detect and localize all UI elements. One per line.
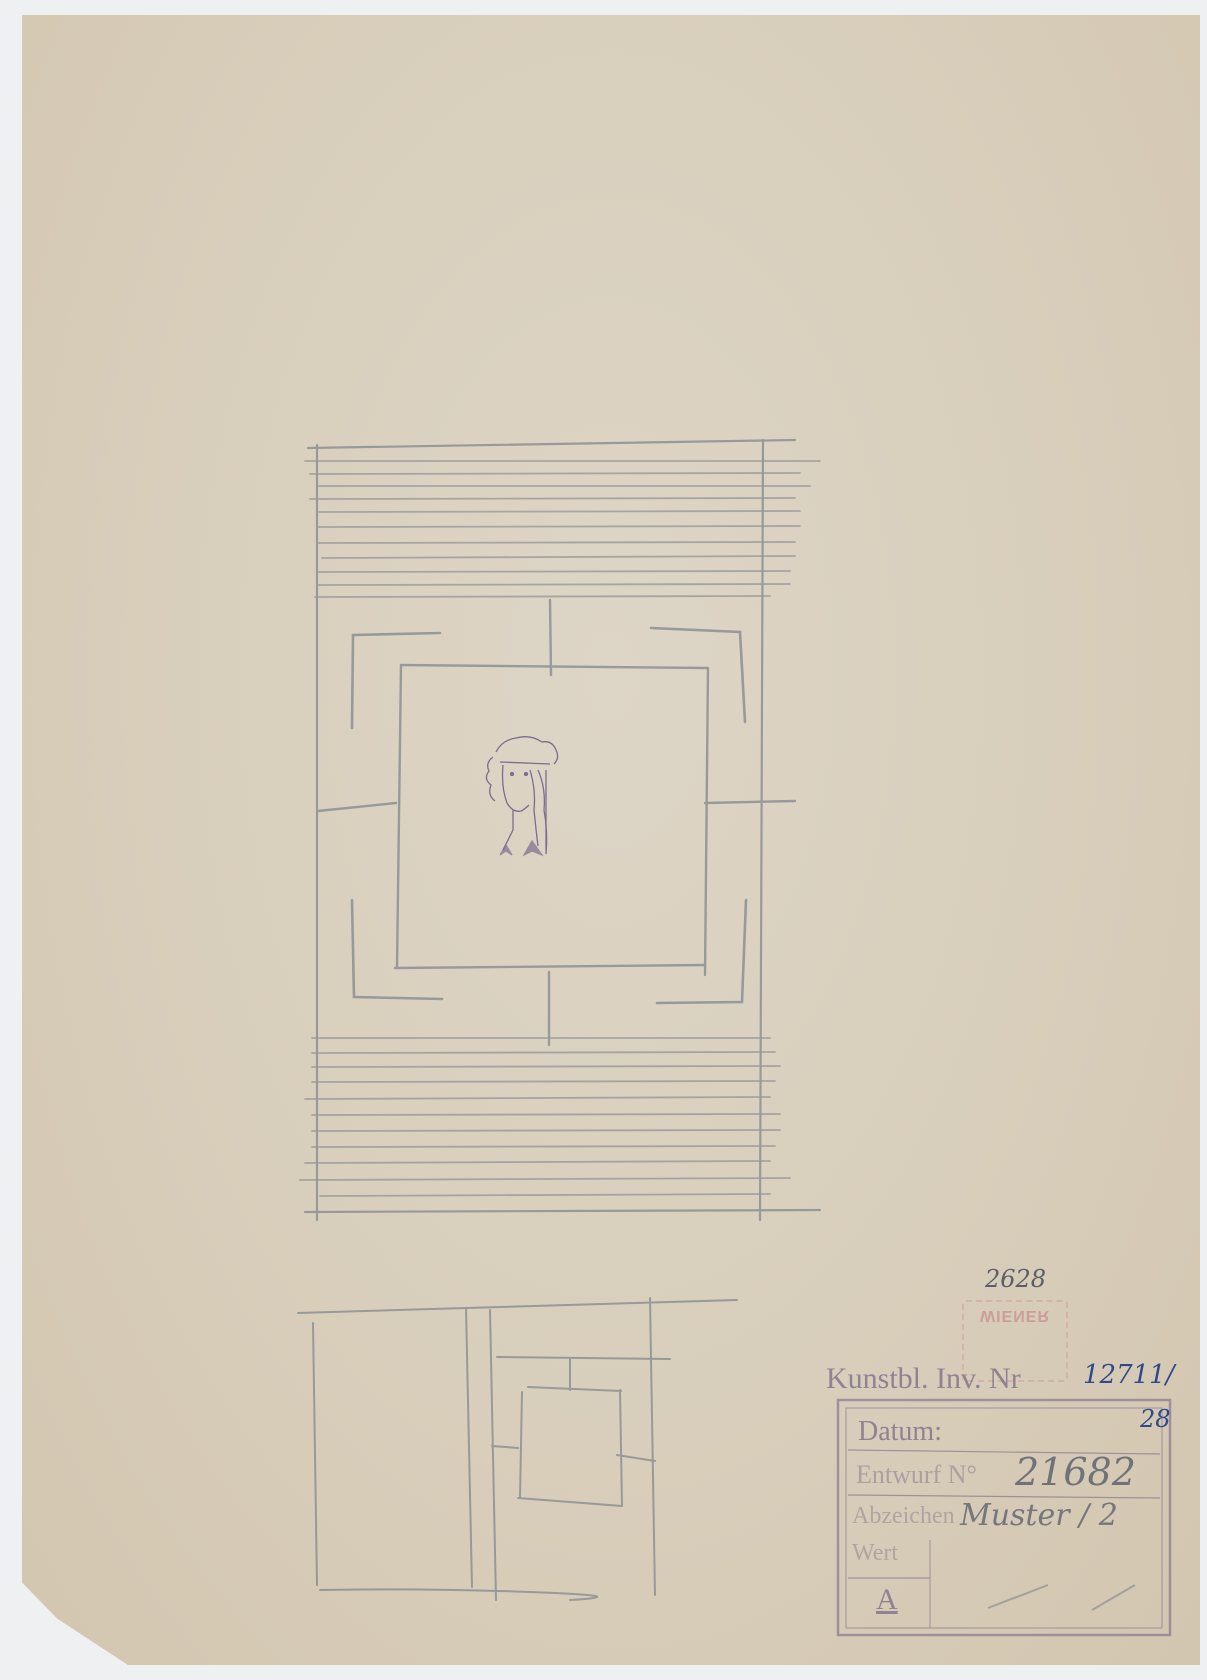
inventory-label: Kunstbl. Inv. Nr <box>826 1362 1021 1396</box>
inner-square <box>395 665 708 975</box>
corner-brackets <box>352 628 746 1003</box>
pencil-drawing <box>0 0 1207 1680</box>
entwurf-number: 21682 <box>1015 1450 1136 1494</box>
pencil-dashes <box>988 1585 1135 1610</box>
inventory-number: 12711/ <box>1083 1360 1174 1390</box>
datum-label: Datum: <box>858 1416 942 1448</box>
portrait-medallion <box>486 737 557 855</box>
abzeichen-value: Muster / 2 <box>960 1498 1118 1533</box>
wert-label: Wert <box>852 1540 898 1567</box>
pencil-number: 2628 <box>985 1265 1046 1293</box>
bottom-hatch-band <box>300 1038 790 1196</box>
top-hatch-band <box>305 461 820 597</box>
entwurf-label: Entwurf N° <box>856 1460 977 1490</box>
secondary-sketch <box>298 1298 737 1600</box>
grade-label: A <box>876 1583 898 1617</box>
inventory-suffix: 28 <box>1140 1405 1171 1433</box>
abzeichen-label: Abzeichen <box>852 1503 955 1530</box>
